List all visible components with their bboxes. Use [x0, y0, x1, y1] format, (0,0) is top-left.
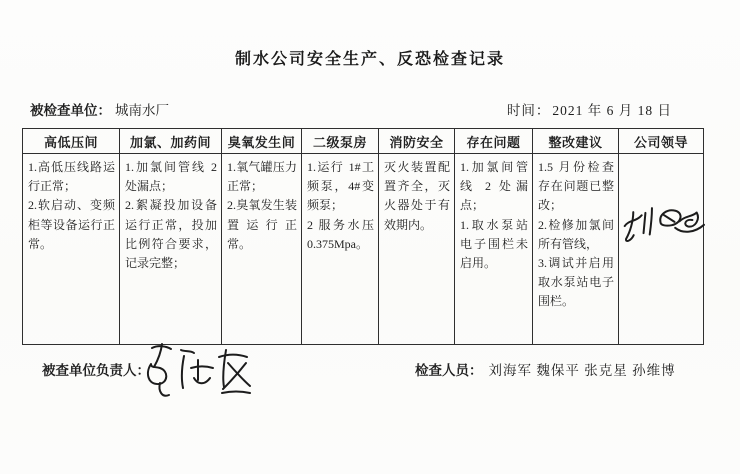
column-header-chlorination-dosing-room: 加氯、加药间: [120, 129, 222, 154]
table-body-row: 1.高低压线路运行正常； 2.软启动、变频柜等设备运行正常。 1.加氯间管线 2…: [23, 154, 704, 345]
inspectors-label: 检查人员：: [415, 363, 483, 378]
cell-fire-safety: 灭火装置配置齐全，灭火器处于有效期内。: [379, 154, 455, 345]
responsible-person-signature: [138, 340, 263, 406]
inspectors-names: 刘海军 魏保平 张克星 孙维博: [489, 363, 676, 378]
scanned-document-page: 制水公司安全生产、反恐检查记录 被检查单位：城南水厂 时间：2021 年 6 月…: [0, 0, 740, 474]
table-header-row: 高低压间 加氯、加药间 臭氧发生间 二级泵房 消防安全 存在问题 整改建议 公司…: [23, 129, 704, 154]
cell-high-low-voltage-room: 1.高低压线路运行正常； 2.软启动、变频柜等设备运行正常。: [23, 154, 120, 345]
inspected-unit: 被检查单位：城南水厂: [30, 99, 169, 119]
cell-rectification-suggestions: 1.5 月份检查存在问题已整改； 2.检修加氯间所有管线， 3.调试并启用取水泵…: [533, 154, 619, 345]
cell-company-leader-signature-area: [619, 154, 704, 345]
column-header-secondary-pump-room: 二级泵房: [302, 129, 379, 154]
column-header-ozone-generation-room: 臭氧发生间: [222, 129, 302, 154]
inspectors-line: 检查人员：刘海军 魏保平 张克星 孙维博: [415, 359, 676, 379]
cell-chlorination-dosing-room: 1.加氯间管线 2 处漏点； 2.絮凝投加设备运行正常，投加比例符合要求，记录完…: [120, 154, 222, 345]
inspection-record-table: 高低压间 加氯、加药间 臭氧发生间 二级泵房 消防安全 存在问题 整改建议 公司…: [22, 128, 704, 345]
column-header-high-low-voltage-room: 高低压间: [23, 129, 120, 154]
cell-ozone-generation-room: 1.氧气罐压力正常； 2.臭氧发生装置运行正常。: [222, 154, 302, 345]
inspected-unit-label: 被检查单位：: [30, 103, 111, 118]
column-header-existing-problems: 存在问题: [455, 129, 533, 154]
column-header-fire-safety: 消防安全: [379, 129, 455, 154]
document-title: 制水公司安全生产、反恐检查记录: [0, 46, 740, 69]
responsible-person-label: 被查单位负责人：: [42, 359, 150, 379]
date-label: 时间：: [507, 103, 551, 118]
inspected-unit-value: 城南水厂: [115, 103, 169, 118]
cell-existing-problems: 1.加氯间管线 2 处漏点； 1.取水泵站电子围栏未启用。: [455, 154, 533, 345]
date-value: 2021 年 6 月 18 日: [552, 103, 672, 118]
column-header-company-leader: 公司领导: [619, 129, 704, 154]
cell-secondary-pump-room: 1.运行 1#工频泵，4#变频泵； 2 服务水压 0.375Mpa。: [302, 154, 379, 345]
column-header-rectification-suggestions: 整改建议: [533, 129, 619, 154]
meta-row: 被检查单位：城南水厂 时间：2021 年 6 月 18 日: [30, 99, 700, 119]
inspection-date: 时间：2021 年 6 月 18 日: [507, 99, 672, 119]
